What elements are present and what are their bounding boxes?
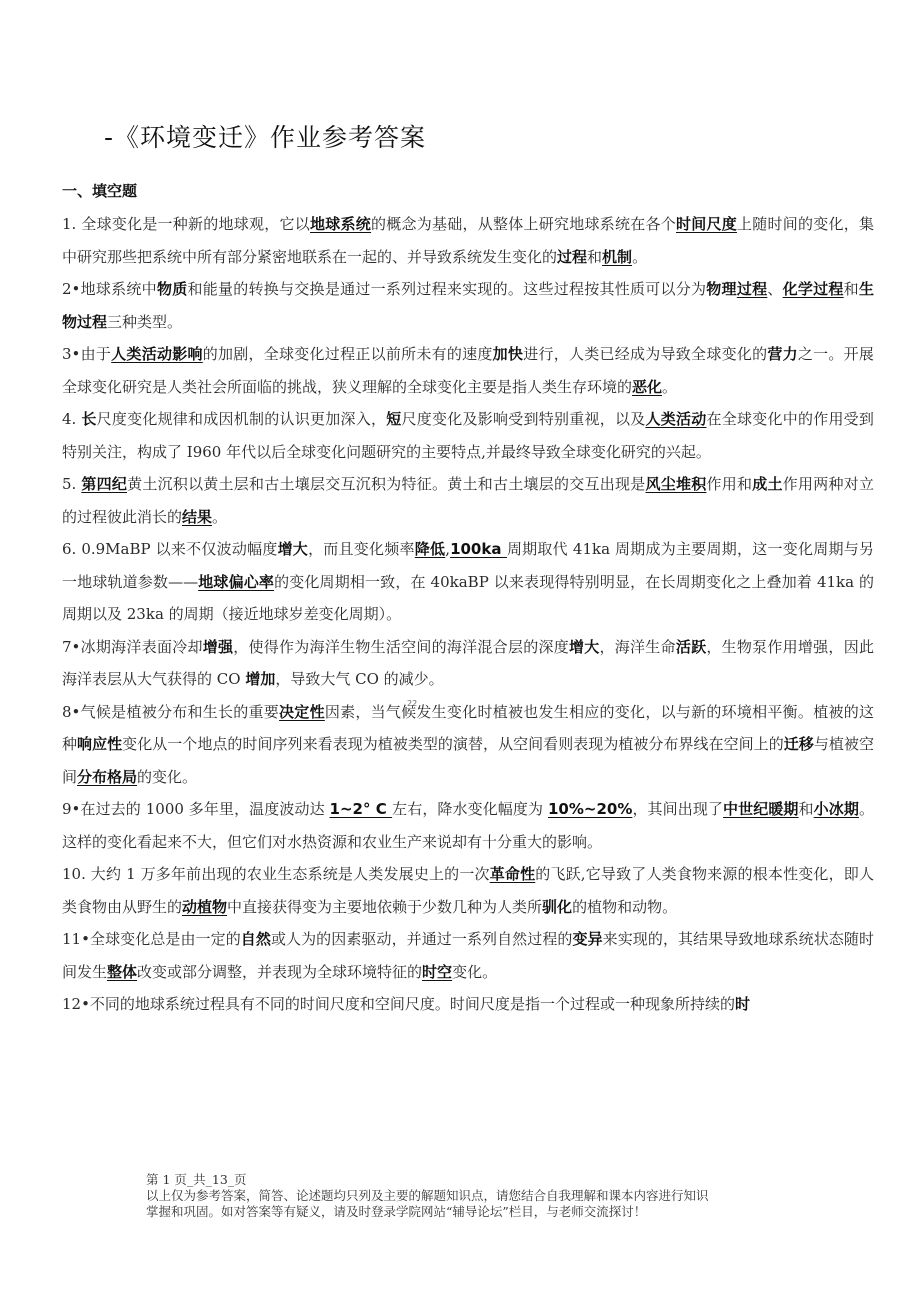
answer-text: 。 [632, 248, 647, 266]
answer-text: 或人为的因素驱动，并通过一系列自然过程的 [271, 930, 573, 948]
answer-text: 三种类型。 [107, 313, 182, 331]
answer-text: 、 [767, 280, 782, 298]
answer-keyword: 加快 [493, 345, 524, 363]
answer-text: 黄土沉积以黄土层和古土壤层交互沉积为特征。黄土和古土壤层的交互出现是 [127, 475, 645, 493]
answer-keyword-underlined: 小冰期 [814, 800, 859, 818]
answer-keyword-underlined: 分布格局 [77, 768, 137, 786]
answer-text: 。 [662, 378, 677, 396]
answer-text: 1. 全球变化是一种新的地球观，它以 [62, 215, 310, 233]
page-footer: 第 1 页_共_13_页 以上仅为参考答案，简答、论述题均只列及主要的解题知识点… [146, 1172, 786, 1220]
answer-keyword: 短 [386, 410, 401, 428]
answer-paragraph: 11•全球变化总是由一定的自然或人为的因素驱动，并通过一系列自然过程的变异来实现… [62, 923, 874, 988]
answer-text: ，导致大气 CO 的减少。 [275, 670, 443, 688]
answer-text: 和 [587, 248, 602, 266]
answer-keyword: 过程 [557, 248, 587, 266]
answer-keyword: 营力 [767, 345, 798, 363]
answer-text: 2•地球系统中 [62, 280, 157, 298]
answer-text: 左右，降水变化幅度为 [392, 800, 548, 818]
answer-list: 1. 全球变化是一种新的地球观，它以地球系统的概念为基础，从整体上研究地球系统在… [62, 208, 874, 1021]
answer-text: 5. [62, 475, 81, 493]
answer-text: 9•在过去的 1000 多年里，温度波动达 [62, 800, 330, 818]
answer-paragraph: 1. 全球变化是一种新的地球观，它以地球系统的概念为基础，从整体上研究地球系统在… [62, 208, 874, 273]
answer-paragraph: 8•气候是植被分布和生长的重要决定性因素，当气候发生变化时植被也发生相应的变化，… [62, 696, 874, 794]
answer-text: 6. 0.9MaBP 以来不仅波动幅度 [62, 540, 278, 558]
answer-text: 3•由于 [62, 345, 111, 363]
answer-keyword: 增强 [203, 638, 234, 656]
answer-keyword: 增加 [245, 670, 275, 688]
page-indicator: 第 1 页_共_13_页 [146, 1172, 786, 1188]
answer-text: 尺度变化规律和成因机制的认识更加深入， [97, 410, 387, 428]
answer-keyword-underlined: 结果 [182, 508, 212, 526]
answer-keyword: 增大 [278, 540, 309, 558]
answer-paragraph: 7•冰期海洋表面冷却增强，使得作为海洋生物生活空间的海洋混合层的深度增大，海洋生… [62, 631, 874, 696]
footer-notice-line-2: 掌握和巩固。如对答案等有疑义，请及时登录学院网站“辅导论坛”栏目，与老师交流探讨… [146, 1204, 786, 1220]
answer-keyword-underlined: 过程 [737, 280, 768, 298]
answer-text: 改变或部分调整，并表现为全球环境特征的 [137, 963, 422, 981]
answer-text: 和 [799, 800, 814, 818]
answer-keyword: 驯化 [542, 898, 572, 916]
answer-text: 4. [62, 410, 81, 428]
answer-keyword-underlined: 时空 [422, 963, 452, 981]
answer-keyword-underlined: 10%~20% [548, 800, 632, 818]
answer-keyword: 变异 [573, 930, 603, 948]
footer-notice-line-1: 以上仅为参考答案，简答、论述题均只列及主要的解题知识点，请您结合自我理解和课本内… [146, 1188, 786, 1204]
answer-keyword-underlined: 动植物 [182, 898, 227, 916]
answer-text: 变化从一个地点的时间序列来看表现为植被类型的演替，从空间看则表现为植被分布界线在… [122, 735, 784, 753]
answer-text: 的变化。 [137, 768, 197, 786]
answer-keyword-underlined: 地球偏心率 [198, 573, 274, 591]
answer-keyword-underlined: 整体 [107, 963, 137, 981]
answer-keyword-underlined: 决定性 [279, 703, 325, 721]
answer-text: ，使得作为海洋生物生活空间的海洋混合层的深度 [233, 638, 569, 656]
answer-paragraph: 10. 大约 1 万多年前出现的农业生态系统是人类发展史上的一次革命性的飞跃,它… [62, 858, 874, 923]
answer-keyword: 时 [735, 995, 750, 1013]
answer-text: 7•冰期海洋表面冷却 [62, 638, 203, 656]
answer-keyword: 自然 [241, 930, 271, 948]
answer-keyword-underlined: 地球系统 [310, 215, 371, 233]
answer-keyword: 长 [81, 410, 96, 428]
answer-keyword-underlined: 革命性 [490, 865, 536, 883]
answer-paragraph: 5. 第四纪黄土沉积以黄土层和古土壤层交互沉积为特征。黄土和古土壤层的交互出现是… [62, 468, 874, 533]
answer-text: 进行，人类已经成为导致全球变化的 [523, 345, 767, 363]
answer-text: 尺度变化及影响受到特别重视，以及 [402, 410, 646, 428]
answer-keyword-underlined: 恶化 [632, 378, 662, 396]
answer-text: 12•不同的地球系统过程具有不同的时间尺度和空间尺度。时间尺度是指一个过程或一种… [62, 995, 735, 1013]
answer-paragraph: 6. 0.9MaBP 以来不仅波动幅度增大，而且变化频率降低,100ka 周期取… [62, 533, 874, 631]
answer-keyword-underlined: 风尘堆积 [645, 475, 706, 493]
answer-text: 作用和 [706, 475, 752, 493]
answer-text: 10. 大约 1 万多年前出现的农业生态系统是人类发展史上的一次 [62, 865, 490, 883]
answer-text: 8•气候是植被分布和生长的重要 [62, 703, 279, 721]
answer-text: 中直接获得变为主要地依赖于少数几种为人类所 [227, 898, 542, 916]
answer-keyword-underlined: 人类活动 [645, 410, 706, 428]
answer-keyword: 增大 [569, 638, 600, 656]
answer-keyword: 响应性 [77, 735, 122, 753]
answer-paragraph: 2•地球系统中物质和能量的转换与交换是通过一系列过程来实现的。这些过程按其性质可… [62, 273, 874, 338]
answer-text: 。 [212, 508, 227, 526]
answer-keyword: 物质 [157, 280, 188, 298]
answer-keyword-underlined: 时间尺度 [676, 215, 737, 233]
answer-paragraph: 4. 长尺度变化规律和成因机制的认识更加深入，短尺度变化及影响受到特别重视，以及… [62, 403, 874, 468]
answer-text: 的概念为基础，从整体上研究地球系统在各个 [371, 215, 676, 233]
answer-text: 和 [844, 280, 859, 298]
answer-keyword: 活跃 [676, 638, 707, 656]
answer-text: ，而且变化频率 [308, 540, 415, 558]
answer-paragraph: 9•在过去的 1000 多年里，温度波动达 1~2° C 左右，降水变化幅度为 … [62, 793, 874, 858]
subscript-note: 22 [407, 699, 417, 708]
answer-text: 的加剧，全球变化过程正以前所未有的速度 [203, 345, 493, 363]
answer-keyword-underlined: 机制 [602, 248, 632, 266]
answer-keyword-underlined: 化学过程 [783, 280, 844, 298]
answer-paragraph: 3•由于人类活动影响的加剧，全球变化过程正以前所未有的速度加快进行，人类已经成为… [62, 338, 874, 403]
answer-keyword-underlined: 降低 [415, 540, 446, 558]
answer-keyword-underlined: 第四纪 [81, 475, 127, 493]
answer-text: 11•全球变化总是由一定的 [62, 930, 241, 948]
answer-keyword: 成土 [752, 475, 783, 493]
section-heading-fill-in-blank: 一、填空题 [62, 180, 137, 201]
answer-keyword: 迁移 [784, 735, 814, 753]
answer-text: ，海洋生命 [600, 638, 676, 656]
answer-text: ，其间出现了 [632, 800, 723, 818]
page-title: -《环境变迁》作业参考答案 [104, 118, 426, 154]
answer-keyword-underlined: 人类活动影响 [111, 345, 203, 363]
answer-text: 和能量的转换与交换是通过一系列过程来实现的。这些过程按其性质可以分为 [187, 280, 706, 298]
answer-text: 变化。 [452, 963, 497, 981]
answer-keyword: 物理 [706, 280, 737, 298]
answer-text: 的植物和动物。 [572, 898, 677, 916]
answer-keyword-underlined: 1~2° C [330, 800, 393, 818]
answer-keyword-underlined: 中世纪暖期 [723, 800, 799, 818]
answer-paragraph: 12•不同的地球系统过程具有不同的时间尺度和空间尺度。时间尺度是指一个过程或一种… [62, 988, 874, 1021]
answer-keyword-underlined: 100ka [450, 540, 507, 558]
